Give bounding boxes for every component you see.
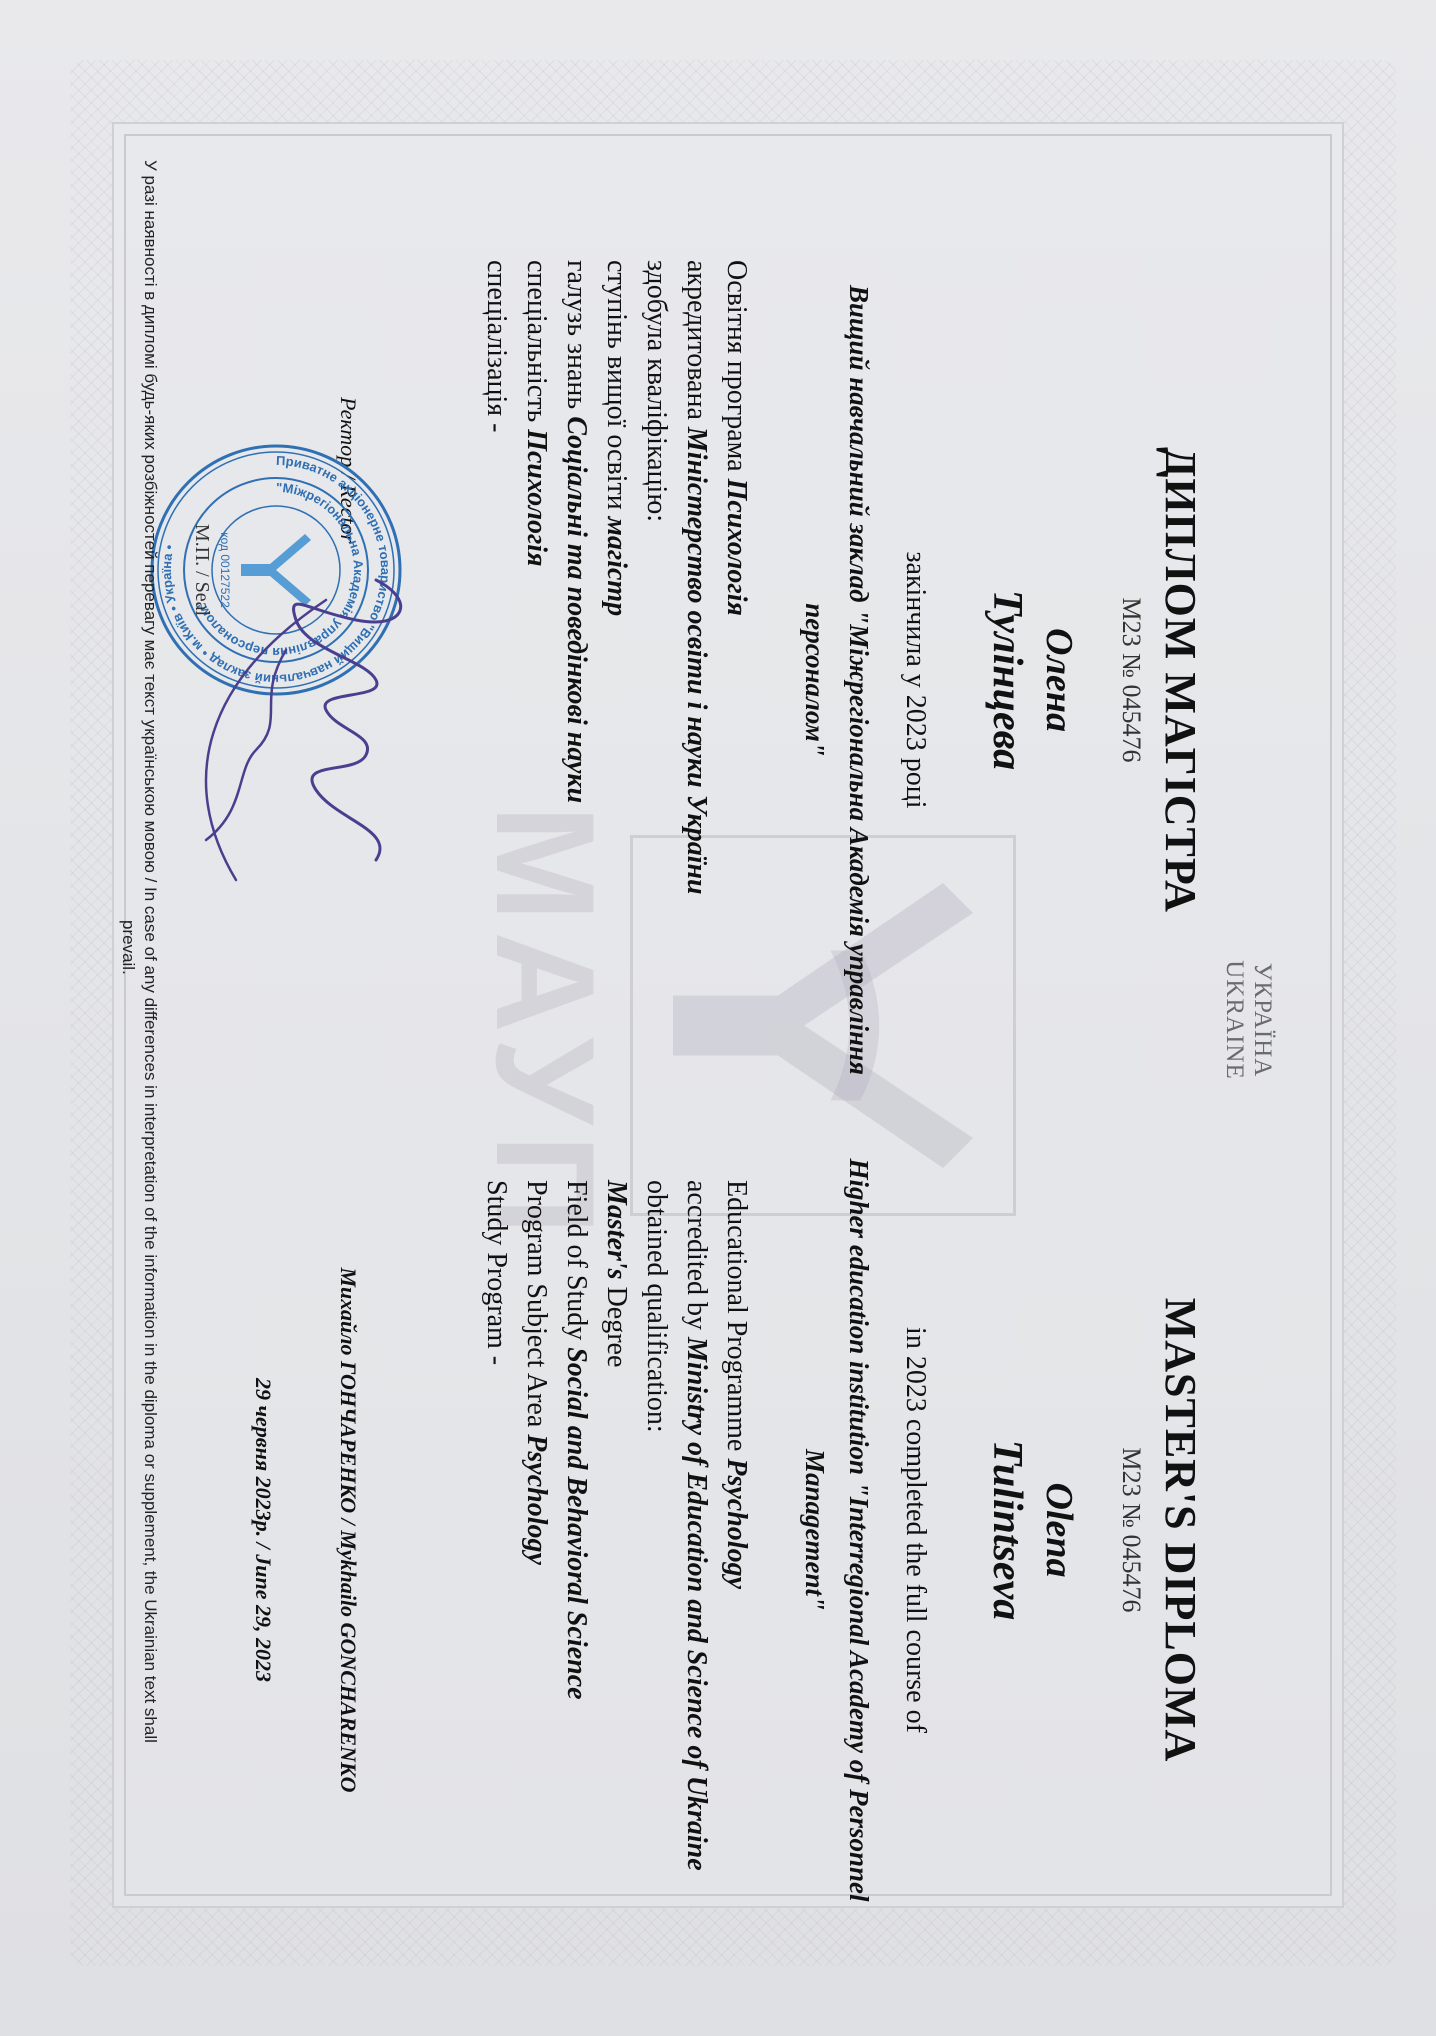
detail-label: accredited by xyxy=(681,1180,712,1337)
institution-en-line1: Higher education institution "Interregio… xyxy=(837,1140,881,1920)
detail-value: Psychology xyxy=(521,1434,552,1565)
detail-suffix: Degree xyxy=(601,1280,632,1368)
country-en: UKRAINE xyxy=(1220,900,1248,1140)
institution-en: Higher education institution "Interregio… xyxy=(793,1140,881,1920)
given-name-en: Olena xyxy=(1037,1140,1081,1920)
detail-value: Ministry of Education and Science of Ukr… xyxy=(681,1337,712,1871)
detail-label: Освітня програма xyxy=(721,260,752,479)
detail-label: акредитована xyxy=(681,260,712,427)
detail-value: Міністерство освіти і науки України xyxy=(681,427,712,895)
detail-line: Field of Study Social and Behavioral Sci… xyxy=(556,1180,596,1920)
qualification-details-ua: Освітня програма Психологія акредитована… xyxy=(476,260,756,1100)
detail-line: спеціальність Психологія xyxy=(516,260,556,1100)
completed-text-ua: закінчила у 2023 році xyxy=(899,260,931,1100)
issue-date: 29 червня 2023р. / June 29, 2023 xyxy=(250,1140,276,1920)
detail-line: Program Subject Area Psychology xyxy=(516,1180,556,1920)
diploma-sheet: МАУП УКРАЇНА UKRAINE ДИПЛОМ МАГІСТРА М23… xyxy=(0,0,1436,2036)
surname-en: Tulintseva xyxy=(983,1140,1031,1920)
detail-label: obtained qualification: xyxy=(641,1180,672,1433)
detail-value: Psychology xyxy=(721,1458,752,1589)
detail-value: магістр xyxy=(601,517,632,617)
institution-ua-line1: Вищий навчальний заклад "Міжрегіональна … xyxy=(837,260,881,1100)
legal-footnote: У разі наявності в дипломі будь-яких роз… xyxy=(117,160,161,1880)
country-ua: УКРАЇНА xyxy=(1248,900,1276,1140)
detail-line: здобула кваліфікацію: xyxy=(636,260,676,1100)
completed-text-en: in 2023 completed the full course of xyxy=(899,1140,931,1920)
detail-line: спеціалізація - xyxy=(476,260,516,1100)
country-label: УКРАЇНА UKRAINE xyxy=(1220,900,1276,1140)
detail-label: галузь знань xyxy=(561,260,592,416)
qualification-details-en: Educational Programme Psychology accredi… xyxy=(476,1180,756,1920)
detail-value: Соціальні та поведінкові науки xyxy=(561,416,592,803)
diploma-title-en: MASTER'S DIPLOMA xyxy=(1155,1140,1206,1920)
detail-line: Study Program - xyxy=(476,1180,516,1920)
rector-signature-icon xyxy=(146,560,436,900)
institution-ua-line2: персоналом" xyxy=(793,260,837,1100)
footnote-continuation: prevail. xyxy=(117,160,139,1880)
detail-label: Field of Study xyxy=(561,1180,592,1347)
detail-line: галузь знань Соціальні та поведінкові на… xyxy=(556,260,596,1100)
institution-en-line2: Management" xyxy=(793,1140,837,1920)
institution-ua: Вищий навчальний заклад "Міжрегіональна … xyxy=(793,260,881,1100)
detail-label: спеціалізація - xyxy=(481,260,512,432)
detail-label: Educational Programme xyxy=(721,1180,752,1458)
diploma-number-en: М23 № 045476 xyxy=(1116,1140,1146,1920)
detail-line: Освітня програма Психологія xyxy=(716,260,756,1100)
detail-value: Психологія xyxy=(721,479,752,616)
detail-line: ступінь вищої освіти магістр xyxy=(596,260,636,1100)
detail-line: Master's Degree xyxy=(596,1180,636,1920)
detail-value: Social and Behavioral Science xyxy=(561,1347,592,1699)
given-name-ua: Олена xyxy=(1037,260,1081,1100)
rector-name: Михайло ГОНЧАРЕНКО / Mykhailo GONCHARENK… xyxy=(335,1140,361,1920)
detail-label: Program Subject Area xyxy=(521,1180,552,1434)
diploma-number-ua: М23 № 045476 xyxy=(1116,260,1146,1100)
detail-line: obtained qualification: xyxy=(636,1180,676,1920)
footnote-text: У разі наявності в дипломі будь-яких роз… xyxy=(139,160,161,1880)
surname-ua: Тулінцева xyxy=(983,260,1031,1100)
detail-label: Study Program - xyxy=(481,1180,512,1365)
detail-label: здобула кваліфікацію: xyxy=(641,260,672,522)
diploma-title-ua: ДИПЛОМ МАГІСТРА xyxy=(1155,260,1206,1100)
detail-value: Психологія xyxy=(521,429,552,566)
detail-label: ступінь вищої освіти xyxy=(601,260,632,517)
detail-line: accredited by Ministry of Education and … xyxy=(676,1180,716,1920)
detail-label: спеціальність xyxy=(521,260,552,429)
detail-line: акредитована Міністерство освіти і науки… xyxy=(676,260,716,1100)
detail-value: Master's xyxy=(601,1180,632,1280)
detail-line: Educational Programme Psychology xyxy=(716,1180,756,1920)
